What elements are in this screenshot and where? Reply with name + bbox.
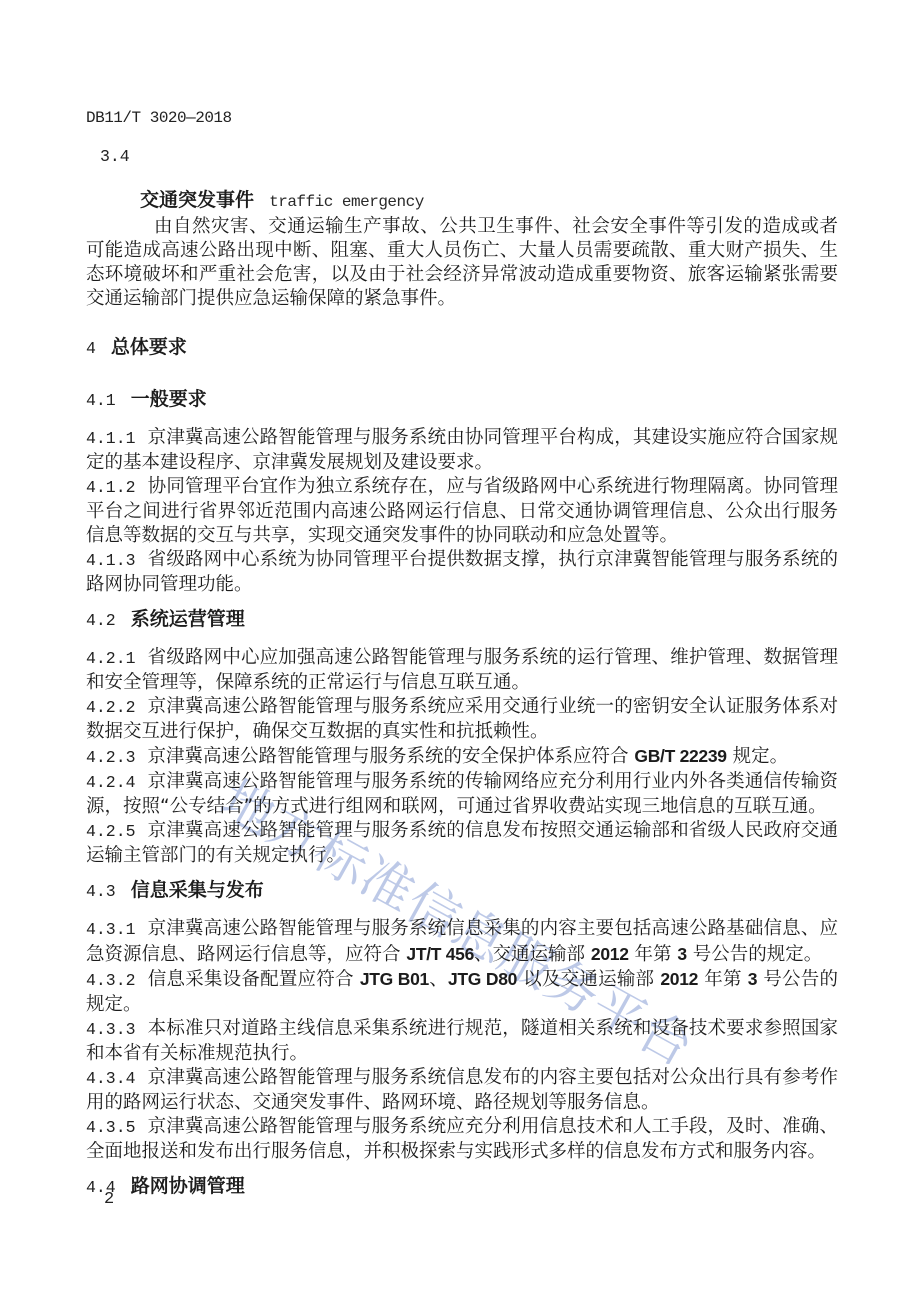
clause-text: 京津冀高速公路智能管理与服务系统的传输网络应充分利用行业内外各类通信传输资源，按…: [86, 771, 838, 817]
clause-number: 4.3.1: [86, 920, 136, 939]
term-clause-number: 3.4: [86, 145, 838, 169]
clause-text: 京津冀高速公路智能管理与服务系统信息发布的内容主要包括对公众出行具有参考作用的路…: [86, 1067, 838, 1113]
chapter-heading: 4总体要求: [86, 335, 838, 361]
section-title: 系统运营管理: [131, 608, 245, 630]
clause-4-3-4: 4.3.4京津冀高速公路智能管理与服务系统信息发布的内容主要包括对公众出行具有参…: [86, 1066, 838, 1115]
section-number: 4.2: [86, 611, 116, 630]
clause-4-2-2: 4.2.2京津冀高速公路智能管理与服务系统应采用交通行业统一的密钥安全认证服务体…: [86, 695, 838, 744]
clause-4-2-3: 4.2.3京津冀高速公路智能管理与服务系统的安全保护体系应符合 GB/T 222…: [86, 744, 838, 770]
chapter-number: 4: [86, 339, 96, 358]
clause-number: 4.2.4: [86, 773, 136, 792]
clause-number: 4.1.3: [86, 551, 136, 570]
section-number: 4.1: [86, 391, 116, 410]
clause-number: 4.3.2: [86, 971, 136, 990]
section-heading-4-4: 4.4路网协调管理: [86, 1174, 838, 1200]
clause-4-3-5: 4.3.5京津冀高速公路智能管理与服务系统应充分利用信息技术和人工手段，及时、准…: [86, 1115, 838, 1164]
clause-text: 京津冀高速公路智能管理与服务系统的信息发布按照交通运输部和省级人民政府交通运输主…: [86, 820, 838, 866]
clause-4-3-1: 4.3.1京津冀高速公路智能管理与服务系统信息采集的内容主要包括高速公路基础信息…: [86, 917, 838, 967]
section-title: 一般要求: [131, 388, 207, 410]
clause-number: 4.3.4: [86, 1069, 136, 1088]
clause-text: 省级路网中心应加强高速公路智能管理与服务系统的运行管理、维护管理、数据管理和安全…: [86, 647, 838, 693]
section-title: 路网协调管理: [131, 1175, 245, 1197]
term-en: traffic emergency: [269, 193, 424, 211]
clause-text: 京津冀高速公路智能管理与服务系统应采用交通行业统一的密钥安全认证服务体系对数据交…: [86, 696, 838, 742]
clause-4-3-2: 4.3.2信息采集设备配置应符合 JTG B01、JTG D80 以及交通运输部…: [86, 967, 838, 1017]
section-heading-4-1: 4.1一般要求: [86, 387, 838, 413]
section-heading-4-3: 4.3信息采集与发布: [86, 878, 838, 904]
clause-text: 信息采集设备配置应符合 JTG B01、JTG D80 以及交通运输部 2012…: [86, 969, 838, 1015]
clause-number: 4.3.3: [86, 1020, 136, 1039]
term-definition: 由自然灾害、交通运输生产事故、公共卫生事件、社会安全事件等引发的造成或者可能造成…: [86, 215, 838, 311]
term-zh: 交通突发事件: [140, 189, 254, 211]
chapter-title: 总体要求: [111, 336, 187, 358]
clause-number: 4.1.2: [86, 478, 136, 497]
clause-number: 4.1.1: [86, 429, 136, 448]
document-page: DB11/T 3020—2018 3.4 交通突发事件 traffic emer…: [0, 0, 920, 1302]
clause-text: 省级路网中心系统为协同管理平台提供数据支撑，执行京津冀智能管理与服务系统的路网协…: [86, 549, 838, 595]
clause-4-1-3: 4.1.3省级路网中心系统为协同管理平台提供数据支撑，执行京津冀智能管理与服务系…: [86, 548, 838, 597]
clause-number: 4.2.5: [86, 822, 136, 841]
page-content: DB11/T 3020—2018 3.4 交通突发事件 traffic emer…: [86, 0, 838, 1200]
section-heading-4-2: 4.2系统运营管理: [86, 607, 838, 633]
clause-text: 京津冀高速公路智能管理与服务系统由协同管理平台构成，其建设实施应符合国家规定的基…: [86, 427, 838, 473]
doc-code: DB11/T 3020—2018: [86, 106, 838, 130]
clause-number: 4.3.5: [86, 1118, 136, 1137]
clause-number: 4.2.2: [86, 698, 136, 717]
clause-number: 4.2.1: [86, 649, 136, 668]
clause-4-2-1: 4.2.1省级路网中心应加强高速公路智能管理与服务系统的运行管理、维护管理、数据…: [86, 646, 838, 695]
clause-4-2-4: 4.2.4京津冀高速公路智能管理与服务系统的传输网络应充分利用行业内外各类通信传…: [86, 770, 838, 819]
clause-text: 京津冀高速公路智能管理与服务系统应充分利用信息技术和人工手段，及时、准确、全面地…: [86, 1116, 838, 1162]
clause-text: 京津冀高速公路智能管理与服务系统的安全保护体系应符合 GB/T 22239 规定…: [148, 746, 789, 767]
term-line: 交通突发事件 traffic emergency: [86, 188, 838, 215]
clause-4-1-2: 4.1.2协同管理平台宜作为独立系统存在，应与省级路网中心系统进行物理隔离。协同…: [86, 475, 838, 548]
clause-text: 京津冀高速公路智能管理与服务系统信息采集的内容主要包括高速公路基础信息、应急资源…: [86, 918, 838, 965]
section-title: 信息采集与发布: [131, 879, 264, 901]
clause-4-2-5: 4.2.5京津冀高速公路智能管理与服务系统的信息发布按照交通运输部和省级人民政府…: [86, 819, 838, 868]
clause-number: 4.2.3: [86, 748, 136, 767]
clause-4-3-3: 4.3.3本标准只对道路主线信息采集系统进行规范，隧道相关系统和设备技术要求参照…: [86, 1017, 838, 1066]
clause-4-1-1: 4.1.1京津冀高速公路智能管理与服务系统由协同管理平台构成，其建设实施应符合国…: [86, 426, 838, 475]
clause-text: 本标准只对道路主线信息采集系统进行规范，隧道相关系统和设备技术要求参照国家和本省…: [86, 1018, 838, 1064]
clause-text: 协同管理平台宜作为独立系统存在，应与省级路网中心系统进行物理隔离。协同管理平台之…: [86, 476, 838, 546]
section-number: 4.3: [86, 882, 116, 901]
page-number: 2: [104, 1190, 114, 1209]
